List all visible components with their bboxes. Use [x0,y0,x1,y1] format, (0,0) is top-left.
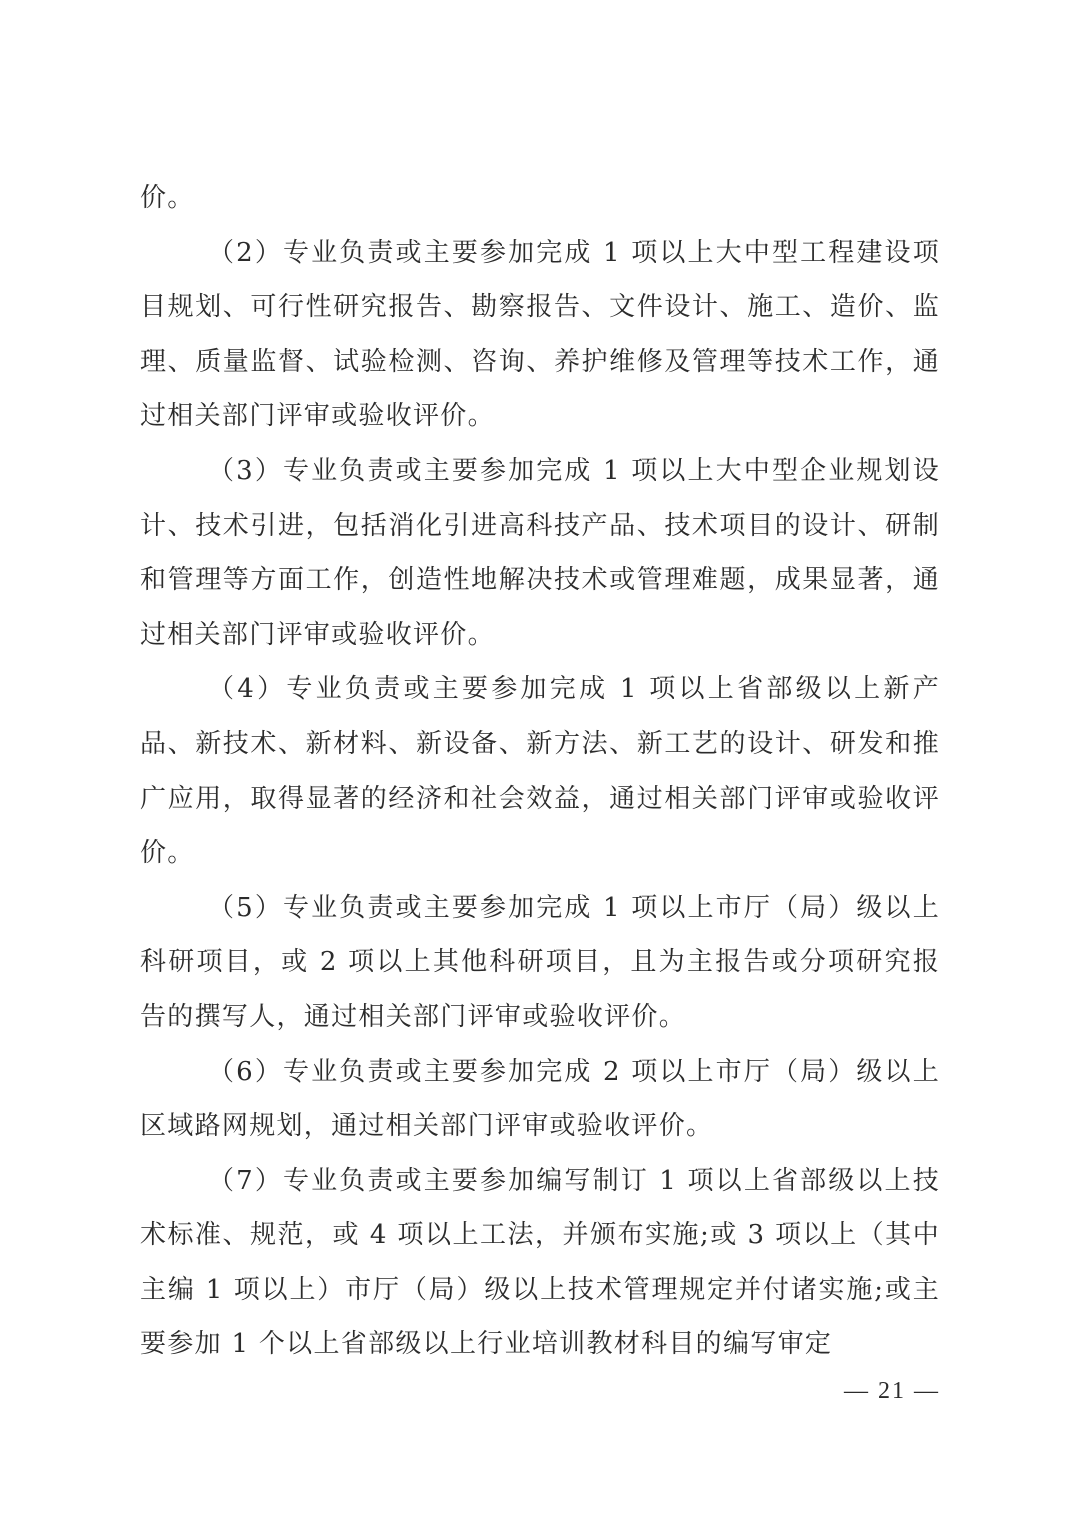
paragraph-item-6: （6）专业负责或主要参加完成 2 项以上市厅（局）级以上区域路网规划，通过相关部… [140,1045,940,1154]
paragraph-continuation: 价。 [140,171,940,226]
paragraph-item-3: （3）专业负责或主要参加完成 1 项以上大中型企业规划设计、技术引进，包括消化引… [140,444,940,662]
paragraph-item-2: （2）专业负责或主要参加完成 1 项以上大中型工程建设项目规划、可行性研究报告、… [140,226,940,444]
paragraph-item-7: （7）专业负责或主要参加编写制订 1 项以上省部级以上技术标准、规范，或 4 项… [140,1154,940,1372]
page-number: — 21 — [844,1378,940,1405]
document-page-body: 价。 （2）专业负责或主要参加完成 1 项以上大中型工程建设项目规划、可行性研究… [140,171,940,1372]
paragraph-item-4: （4）专业负责或主要参加完成 1 项以上省部级以上新产品、新技术、新材料、新设备… [140,662,940,880]
paragraph-item-5: （5）专业负责或主要参加完成 1 项以上市厅（局）级以上科研项目，或 2 项以上… [140,881,940,1045]
